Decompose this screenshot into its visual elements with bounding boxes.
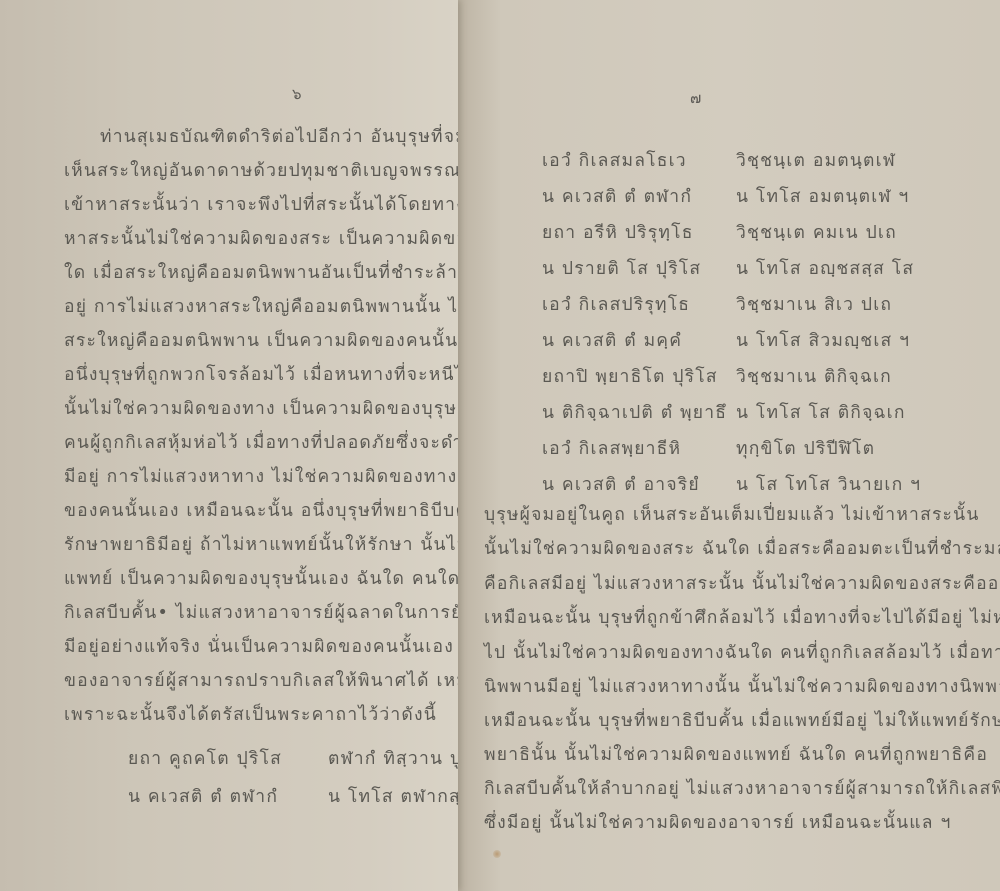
text-line: กิเลสบีบคั้นให้ลำบากอยู่ ไม่แสวงหาอาจารย…: [484, 774, 1000, 802]
text-line: รักษาพยาธิมีอยู่ ถ้าไม่หาแพทย์นั้นให้รัก…: [64, 530, 458, 558]
verse-second-half: น โทโส ตฬากสฺส โส: [328, 782, 458, 810]
open-book-spread: ๗ เอวํ กิเลสมลโธเว วิชฺชนฺเต อมตนฺตเฬ น …: [0, 0, 1000, 891]
verse-second-half: น โทโส สิวมญฺชเส ฯ: [736, 326, 910, 354]
verse-first-half: น คเวสติ ตํ อาจริยํ: [542, 470, 700, 498]
verse-second-half: วิชฺชนฺเต คมเน ปเถ: [736, 218, 897, 246]
text-line: ใด เมื่อสระใหญ่คืออมตนิพพานอันเป็นที่ชำร…: [64, 258, 458, 286]
text-line: มีอยู่ การไม่แสวงหาทาง ไม่ใช่ความผิดของท…: [64, 462, 458, 490]
verse-first-half: น คเวสติ ตํ มคฺคํ: [542, 326, 682, 354]
text-line: เพราะฉะนั้นจึงได้ตรัสเป็นพระคาถาไว้ว่าดั…: [64, 700, 437, 728]
text-line: อยู่ การไม่แสวงหาสระใหญ่คืออมตนิพพานนั้น…: [64, 292, 458, 320]
verse-first-half: เอวํ กิเลสปริรุทฺโธ: [542, 290, 690, 318]
text-line: พยาธินั้น นั้นไม่ใช่ความผิดของแพทย์ ฉันใ…: [484, 740, 988, 768]
left-page-number: ๖: [292, 82, 302, 106]
verse-first-half: น ปรายติ โส ปุริโส: [542, 254, 701, 282]
text-line: หาสระนั้นไม่ใช่ความผิดของสระ เป็นความผิด…: [64, 224, 458, 252]
verse-second-half: วิชฺชมาเน สิเว ปเถ: [736, 290, 892, 318]
text-line: คนผู้ถูกกิเลสหุ้มห่อไว้ เมื่อทางที่ปลอดภ…: [64, 428, 458, 456]
verse-second-half: น โทโส อมตนฺตเฬ ฯ: [736, 182, 909, 210]
verse-first-half: น ติกิจฺฉาเปติ ตํ พฺยาธึ: [542, 398, 727, 426]
right-page: ๗ เอวํ กิเลสมลโธเว วิชฺชนฺเต อมตนฺตเฬ น …: [458, 0, 1000, 891]
text-line: กิเลสบีบคั้น• ไม่แสวงหาอาจารย์ผู้ฉลาดในก…: [64, 598, 458, 626]
verse-second-half: ตฬากํ ทิสฺวาน ปูริตํ: [328, 744, 458, 772]
verse-first-half: ยถาปิ พฺยาธิโต ปุริโส: [542, 362, 718, 390]
verse-second-half: วิชฺชมาเน ติกิจฺฉเก: [736, 362, 892, 390]
text-line: สระใหญ่คืออมตนิพพาน เป็นความผิดของคนนั้น…: [64, 326, 458, 354]
text-line: เข้าหาสระนั้นว่า เราจะพึงไปที่สระนั้นได้…: [64, 190, 458, 218]
verse-first-half: ยถา อรีหิ ปริรุทฺโธ: [542, 218, 694, 246]
verse-first-half: เอวํ กิเลสมลโธเว: [542, 146, 687, 174]
verse-first-half: น คเวสติ ตํ ตฬากํ: [128, 782, 278, 810]
verse-second-half: น โส โทโส วินายเก ฯ: [736, 470, 921, 498]
text-line: แพทย์ เป็นความผิดของบุรุษนั้นเอง ฉันใด ค…: [64, 564, 458, 592]
text-line: คือกิเลสมีอยู่ ไม่แสวงหาสระนั้น นั้นไม่ใ…: [484, 569, 1000, 597]
text-line: เห็นสระใหญ่อันดาดาษด้วยปทุมชาติเบญจพรรณแ…: [64, 156, 458, 184]
verse-first-half: น คเวสติ ตํ ตฬากํ: [542, 182, 692, 210]
paper-stain: [493, 850, 501, 858]
text-line: มีอยู่อย่างแท้จริง นั่นเป็นความผิดของคนน…: [64, 632, 458, 660]
verse-second-half: วิชฺชนฺเต อมตนฺตเฬ: [736, 146, 896, 174]
text-line: อนึ่งบุรุษที่ถูกพวกโจรล้อมไว้ เมื่อหนทาง…: [64, 360, 458, 388]
text-line: เหมือนฉะนั้น บุรุษที่พยาธิบีบคั้น เมื่อแ…: [484, 706, 1000, 734]
text-line: นั้นไม่ใช่ความผิดของสระ ฉันใด เมื่อสระคื…: [484, 534, 1000, 562]
verse-second-half: น โทโส อญฺชสสฺส โส: [736, 254, 914, 282]
text-line: นั้นไม่ใช่ความผิดของทาง เป็นความผิดของบุ…: [64, 394, 458, 422]
right-page-number: ๗: [690, 86, 701, 110]
left-page: ๖ ท่านสุเมธบัณฑิตดำริต่อไปอีกว่า อันบุรุ…: [0, 0, 458, 891]
text-line: ของคนนั้นเอง เหมือนฉะนั้น อนึ่งบุรุษที่พ…: [64, 496, 458, 524]
verse-second-half: ทุกฺขิโต ปริปีฬิโต: [736, 434, 875, 462]
verse-first-half: เอวํ กิเลสพฺยาธีหิ: [542, 434, 681, 462]
text-line: ซึ่งมีอยู่ นั้นไม่ใช่ความผิดของอาจารย์ เ…: [484, 808, 952, 836]
text-line: ของอาจารย์ผู้สามารถปราบกิเลสให้พินาศได้ …: [64, 666, 458, 694]
text-line: บุรุษผู้จมอยู่ในคูถ เห็นสระอันเต็มเปี่ยม…: [484, 500, 980, 528]
text-line: ไป นั้นไม่ใช่ความผิดของทางฉันใด คนที่ถูก…: [484, 638, 1000, 666]
text-line: นิพพานมีอยู่ ไม่แสวงหาทางนั้น นั้นไม่ใช่…: [484, 672, 1000, 700]
text-line: ท่านสุเมธบัณฑิตดำริต่อไปอีกว่า อันบุรุษท…: [100, 122, 458, 150]
verse-second-half: น โทโส โส ติกิจฺฉเก: [736, 398, 906, 426]
verse-first-half: ยถา คูถคโต ปุริโส: [128, 744, 282, 772]
text-line: เหมือนฉะนั้น บุรุษที่ถูกข้าศึกล้อมไว้ เม…: [484, 603, 1000, 631]
